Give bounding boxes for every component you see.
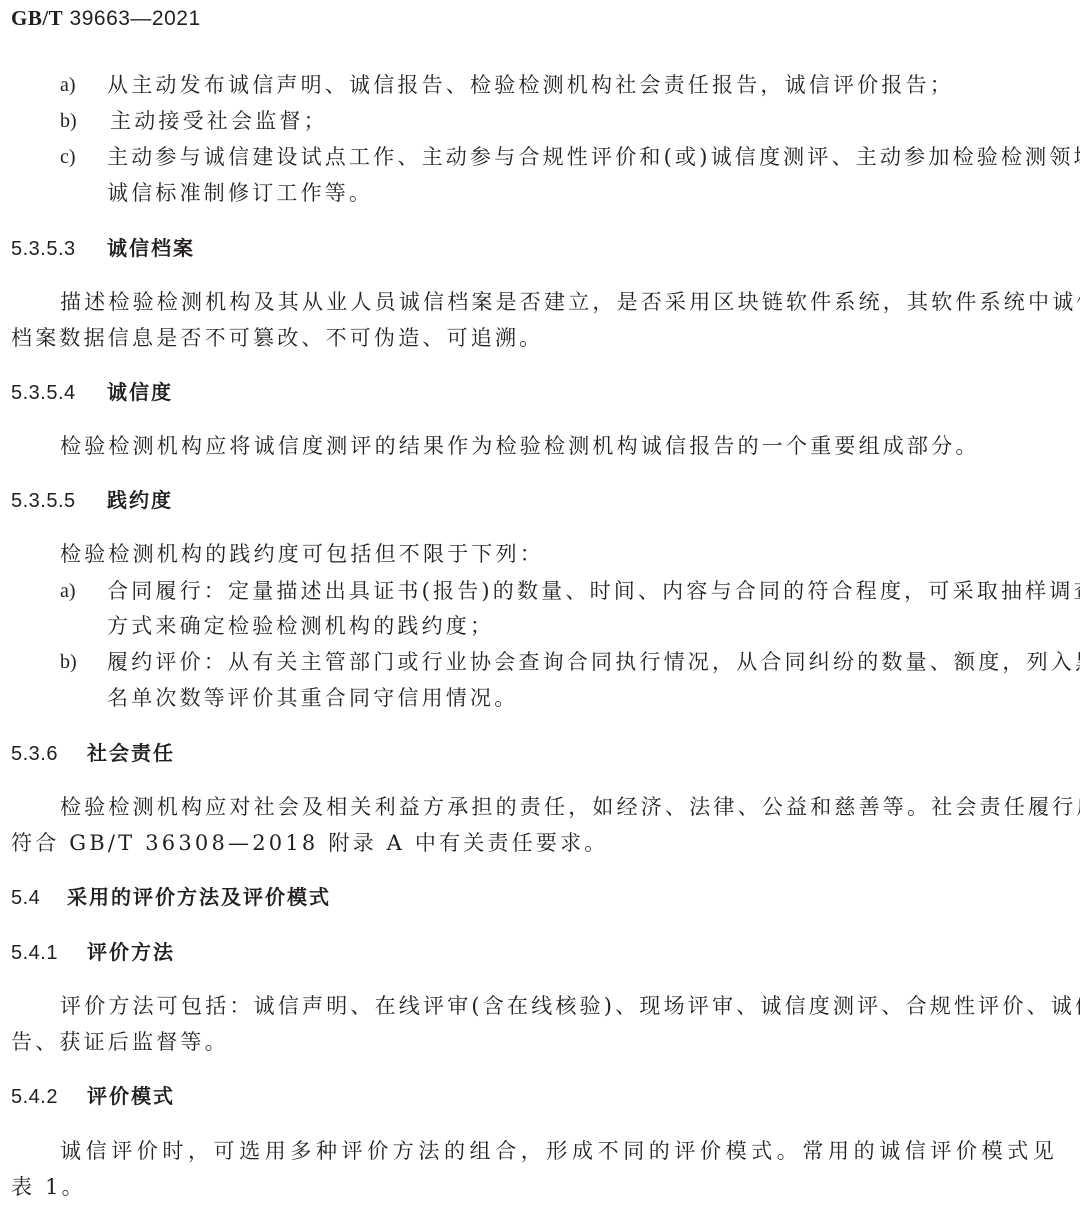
list-marker: c) xyxy=(60,142,76,172)
paragraph-line: 告、获证后监督等。 xyxy=(11,1027,229,1057)
paragraph-line: 检验检测机构的践约度可包括但不限于下列： xyxy=(60,539,544,569)
section-number: 5.3.6 xyxy=(11,739,87,769)
section-heading: 5.3.5.4诚信度 xyxy=(11,377,173,408)
list-item-text: 履约评价：从有关主管部门或行业协会查询合同执行情况，从合同纠纷的数量、额度，列入… xyxy=(107,647,1080,677)
section-heading: 5.4.1评价方法 xyxy=(11,937,175,968)
section-title: 诚信档案 xyxy=(107,236,195,260)
section-title: 社会责任 xyxy=(87,741,175,765)
section-heading: 5.4.2评价模式 xyxy=(11,1081,175,1112)
section-title: 评价模式 xyxy=(87,1084,175,1108)
paragraph-line: 检验检测机构应对社会及相关利益方承担的责任，如经济、法律、公益和慈善等。社会责任… xyxy=(60,792,1080,822)
section-title: 采用的评价方法及评价模式 xyxy=(67,885,331,909)
section-title: 评价方法 xyxy=(87,940,175,964)
standard-number: 39663—2021 xyxy=(70,7,201,30)
section-number: 5.4.2 xyxy=(11,1082,87,1112)
list-marker: a) xyxy=(60,576,76,606)
paragraph-line: 符合 GB/T 36308—2018 附录 A 中有关责任要求。 xyxy=(11,828,608,858)
section-number: 5.3.5.3 xyxy=(11,234,107,264)
standard-code: GB/T 39663—2021 xyxy=(11,6,201,31)
section-heading: 5.3.6社会责任 xyxy=(11,738,175,769)
section-number: 5.3.5.4 xyxy=(11,378,107,408)
list-item-text: 名单次数等评价其重合同守信用情况。 xyxy=(107,683,518,713)
list-item-text: 诚信标准制修订工作等。 xyxy=(107,178,373,208)
section-heading: 5.3.5.3诚信档案 xyxy=(11,233,195,264)
standard-prefix: GB/T xyxy=(11,6,63,30)
paragraph-line: 档案数据信息是否不可篡改、不可伪造、可追溯。 xyxy=(11,323,543,353)
section-heading: 5.4采用的评价方法及评价模式 xyxy=(11,882,331,913)
list-item-text: 从主动发布诚信声明、诚信报告、检验检测机构社会责任报告，诚信评价报告； xyxy=(107,70,954,100)
section-number: 5.4.1 xyxy=(11,938,87,968)
list-marker: b) xyxy=(60,647,77,677)
list-marker: b) xyxy=(60,106,77,136)
list-item-text: 合同履行：定量描述出具证书(报告)的数量、时间、内容与合同的符合程度，可采取抽样… xyxy=(107,576,1080,606)
paragraph-line: 评价方法可包括：诚信声明、在线评审(含在线核验)、现场评审、诚信度测评、合规性评… xyxy=(60,991,1080,1021)
paragraph-line: 诚信评价时，可选用多种评价方法的组合，形成不同的评价模式。常用的诚信评价模式见 xyxy=(60,1136,1058,1166)
list-item-text: 主动参与诚信建设试点工作、主动参与合规性评价和(或)诚信度测评、主动参加检验检测… xyxy=(107,142,1080,172)
section-number: 5.4 xyxy=(11,883,67,913)
section-title: 诚信度 xyxy=(107,380,173,404)
section-title: 践约度 xyxy=(107,488,173,512)
paragraph-line: 表 1。 xyxy=(11,1172,86,1202)
list-item-text: 方式来确定检验检测机构的践约度； xyxy=(107,611,494,641)
list-marker: a) xyxy=(60,70,76,100)
section-number: 5.3.5.5 xyxy=(11,486,107,516)
paragraph-line: 描述检验检测机构及其从业人员诚信档案是否建立，是否采用区块链软件系统，其软件系统… xyxy=(60,287,1080,317)
list-item-text: 主动接受社会监督； xyxy=(110,106,328,136)
paragraph-line: 检验检测机构应将诚信度测评的结果作为检验检测机构诚信报告的一个重要组成部分。 xyxy=(60,431,980,461)
section-heading: 5.3.5.5践约度 xyxy=(11,485,173,516)
